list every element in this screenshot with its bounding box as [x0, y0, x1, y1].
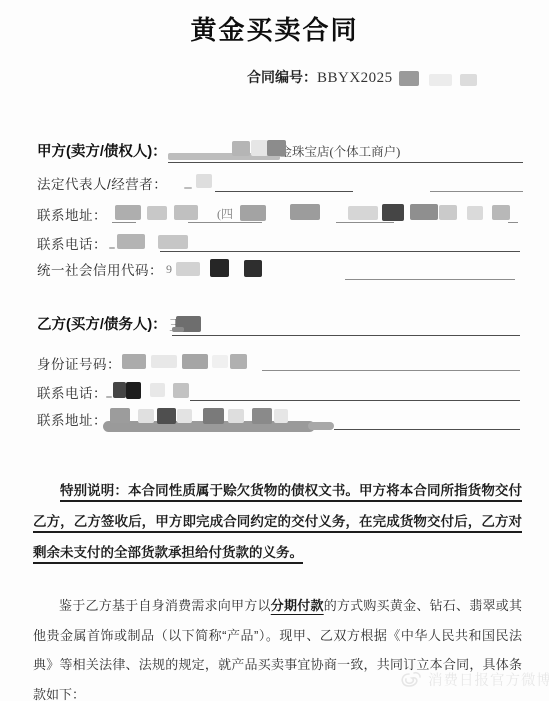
whereas-emphasis-installment: 分期付款 [271, 598, 324, 613]
redaction-block [196, 174, 212, 188]
legal-rep-label: 法定代表人/经营者： [37, 173, 167, 193]
contract-title: 黄金买卖合同 [0, 10, 549, 47]
redaction-block [410, 204, 438, 220]
party-a-store-name: 黄金珠宝店(个体工商户) [267, 142, 400, 160]
redaction-group [397, 70, 489, 87]
redaction-block [492, 205, 510, 220]
redaction-block [106, 396, 112, 398]
phone-b-blank-line [190, 400, 520, 401]
redaction-block [382, 204, 404, 221]
address-b-label: 联系地址： [37, 409, 107, 429]
redaction-block [173, 383, 189, 398]
redaction-block [467, 206, 483, 220]
redaction-block [439, 205, 457, 220]
contract-number-line: 合同编号：BBYX2025 [247, 67, 489, 87]
address-b-blank-line [334, 429, 520, 430]
redaction-block [290, 204, 320, 220]
contract-document: 黄金买卖合同 合同编号：BBYX2025 甲方(卖方/债权人)： 黄金珠宝店(个… [0, 0, 549, 701]
redaction-block [228, 409, 244, 423]
redaction-block [184, 187, 192, 189]
party-b-address-line: 联系地址： [0, 407, 549, 439]
party-a-legal-rep-line: 法定代表人/经营者： [0, 171, 549, 197]
address-a-blank-seg [336, 222, 394, 223]
credit-code-blank-line [345, 279, 515, 280]
redaction-block [147, 206, 167, 220]
weibo-icon [399, 670, 423, 690]
redaction-block [308, 422, 334, 430]
party-a-heading-line: 甲方(卖方/债权人)： 黄金珠宝店(个体工商户) [0, 138, 549, 168]
address-a-blank-seg [112, 222, 136, 223]
phone-b-label: 联系电话： [37, 382, 107, 402]
credit-code-visible-fragment: 9 [166, 262, 172, 277]
redaction-block [210, 259, 229, 277]
redaction-block [348, 206, 378, 220]
redaction-block [157, 408, 176, 424]
party-b-heading-line: 乙方(买方/债务人)： 王 [0, 311, 549, 341]
party-a-heading-label: 甲方(卖方/债权人)： [37, 140, 167, 161]
redaction-block [109, 247, 115, 249]
whereas-text-prefix: 鉴于乙方基于自身消费需求向甲方以 [59, 598, 271, 613]
redaction-block [182, 354, 208, 369]
redaction-block [267, 140, 286, 156]
special-note-clause: 特别说明：本合同性质属于赊欠货物的债权文书。甲方将本合同所指货物交付乙方，乙方签… [33, 475, 522, 568]
redaction-block [232, 141, 250, 156]
party-b-id-line: 身份证号码： [0, 351, 549, 377]
redaction-block [110, 408, 130, 423]
redaction-block [460, 74, 477, 86]
redaction-block [176, 262, 200, 276]
redaction-block [151, 355, 177, 368]
redaction-block [244, 260, 262, 277]
party-b-phone-line: 联系电话： [0, 380, 549, 406]
redaction-block [230, 354, 247, 369]
redaction-block [150, 383, 165, 397]
redaction-block [113, 382, 126, 398]
contract-number-label: 合同编号： [247, 69, 317, 85]
redaction-block [274, 409, 288, 423]
party-a-credit-code-line: 统一社会信用代码： 9 [0, 257, 549, 285]
redaction-block [117, 234, 145, 249]
redaction-block [252, 408, 272, 424]
id-number-label: 身份证号码： [37, 353, 121, 373]
redaction-block [138, 409, 154, 423]
contract-number-value: BBYX2025 [317, 70, 393, 86]
credit-code-label: 统一社会信用代码： [37, 259, 163, 279]
redaction-block [126, 382, 141, 399]
party-b-name-blank-line [172, 335, 520, 336]
legal-rep-blank-line-2 [430, 191, 523, 192]
address-a-blank-seg [188, 222, 262, 223]
redaction-block [177, 409, 192, 423]
redaction-block [172, 327, 184, 332]
redaction-block [115, 205, 141, 220]
redaction-block [251, 140, 268, 156]
id-number-blank-line [262, 370, 520, 371]
address-a-blank-seg [508, 222, 518, 223]
party-a-address-line: 联系地址： (四 [0, 202, 549, 228]
legal-rep-blank-line [215, 191, 353, 192]
address-a-visible-fragment: (四 [217, 205, 233, 222]
address-a-label: 联系地址： [37, 204, 107, 224]
redaction-block [122, 354, 146, 369]
redaction-block [240, 205, 266, 221]
watermark: 消费日报官方微博 [399, 669, 549, 690]
redaction-block [212, 355, 228, 368]
party-b-heading-label: 乙方(买方/债务人)： [37, 313, 167, 334]
party-a-name-blank-line [168, 162, 523, 163]
redaction-block [174, 205, 198, 220]
watermark-text: 消费日报官方微博 [428, 669, 549, 690]
phone-a-label: 联系电话： [37, 233, 107, 253]
redaction-block [203, 408, 224, 424]
party-a-phone-line: 联系电话： [0, 231, 549, 257]
redaction-block [158, 235, 188, 249]
redaction-block [429, 74, 452, 86]
phone-a-blank-line [160, 251, 520, 252]
redaction-block [399, 71, 419, 86]
